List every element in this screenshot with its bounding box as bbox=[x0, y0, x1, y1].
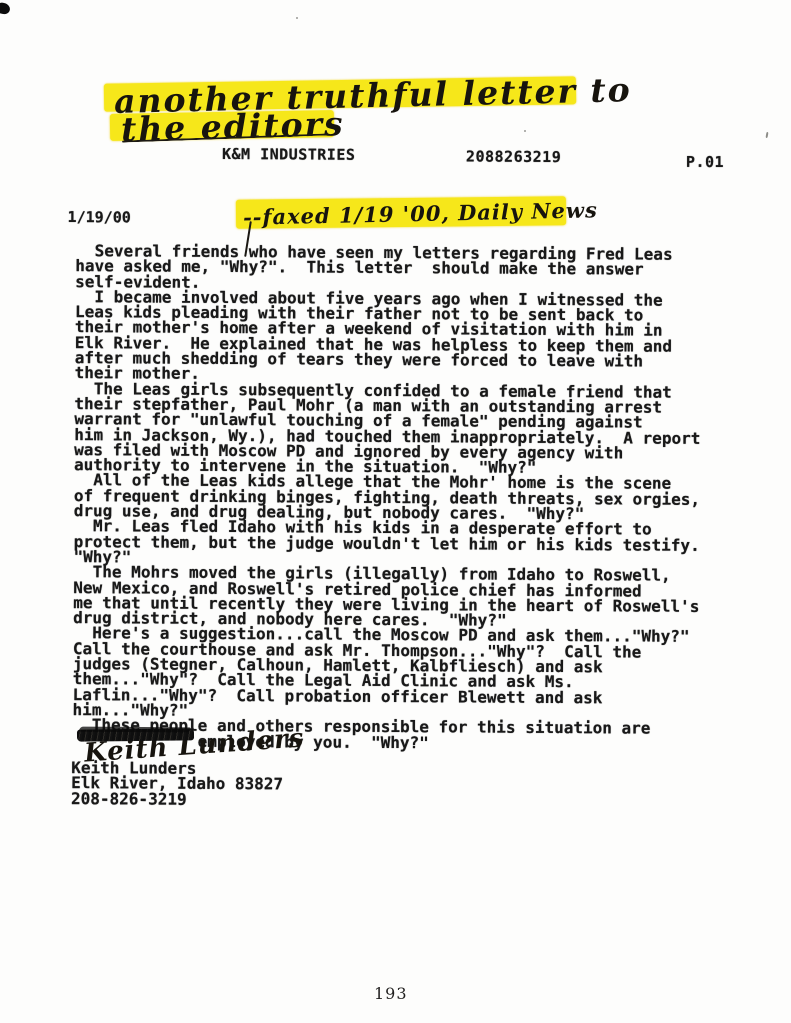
fax-header-sender: K&M INDUSTRIES bbox=[222, 145, 356, 164]
letter-date: 1/19/00 bbox=[68, 208, 131, 226]
fax-header-page-label: P.01 bbox=[686, 153, 724, 171]
letter-body-text: Several friends who have seen my letters… bbox=[72, 243, 701, 752]
letter-scan: K&M INDUSTRIES 2088263219 P.01 1/19/00 S… bbox=[0, 0, 791, 1023]
signature-phone: 208-826-3219 bbox=[71, 789, 187, 809]
redaction-scribble bbox=[77, 728, 194, 741]
page-number: 193 bbox=[374, 984, 408, 1003]
fax-header-number: 2088263219 bbox=[466, 147, 561, 166]
